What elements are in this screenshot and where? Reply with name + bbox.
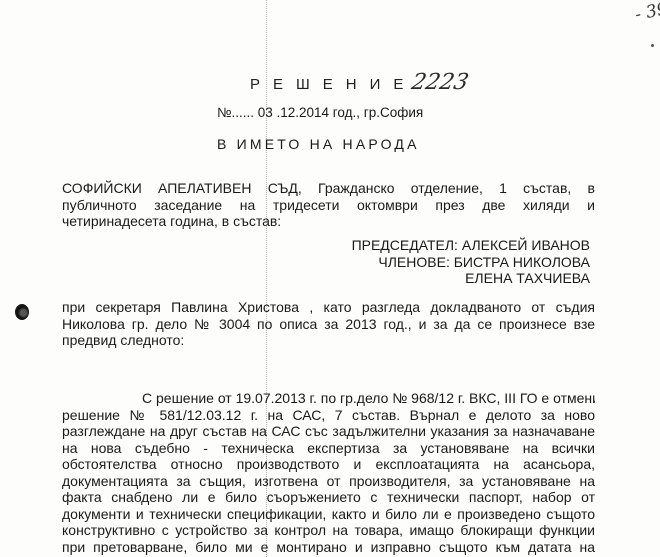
title-row: РЕШЕНИЕ 2223 — [250, 68, 468, 93]
court-intro-paragraph: СОФИЙСКИ АПЕЛАТИВЕН СЪД, Гражданско отде… — [62, 180, 595, 230]
text-line: факта снабдено ли е било съоръжението с … — [62, 489, 595, 506]
panel-member: ЧЛЕНОВЕ: БИСТРА НИКОЛОВА — [352, 254, 590, 271]
court-panel: ПРЕДСЕДАТЕЛ: АЛЕКСЕЙ ИВАНОВ ЧЛЕНОВЕ: БИС… — [352, 237, 590, 287]
secretary-paragraph: при секретаря Павлина Христова , като ра… — [62, 299, 595, 349]
text-line: СОФИЙСКИ АПЕЛАТИВЕН СЪД, Гражданско отде… — [62, 180, 595, 197]
text-line: четиринадесета година, в състав: — [62, 213, 595, 230]
text-line: на нова съдебно - техническа експертиза … — [62, 440, 595, 457]
body-paragraph: С решение от 19.07.2013 г. по гр.дело № … — [62, 390, 595, 557]
panel-chair: ПРЕДСЕДАТЕЛ: АЛЕКСЕЙ ИВАНОВ — [352, 237, 590, 254]
text-line: С решение от 19.07.2013 г. по гр.дело № … — [62, 390, 595, 407]
punch-hole-icon — [15, 304, 29, 320]
scanned-document-page: - 39 РЕШЕНИЕ 2223 №...... 03 .12.2014 го… — [0, 0, 660, 557]
panel-member: ЕЛЕНА ТАХЧИЕВА — [352, 270, 590, 287]
text-line: разглеждане на друг състав на САС със за… — [62, 423, 595, 440]
text-line: публичното заседание на тридесети октомв… — [62, 197, 595, 214]
text-line: конструктивно с устройство за контрол на… — [62, 522, 595, 539]
document-title: РЕШЕНИЕ — [250, 76, 416, 93]
text-line: обстоятелства относно производството и е… — [62, 456, 595, 473]
text-line: решение № 581/12.03.12 г. на САС, 7 съст… — [62, 407, 595, 424]
corner-dot — [651, 44, 654, 47]
text-line: предвид следното: — [62, 332, 595, 349]
decision-number-date: №...... 03 .12.2014 год., гр.София — [217, 105, 423, 120]
text-line: документи и технически спецификации, как… — [62, 506, 595, 523]
handwritten-page-number: - 39 — [633, 0, 660, 25]
handwritten-decision-number: 2223 — [410, 70, 471, 95]
text-line: Николова гр. дело № 3004 по описа за 201… — [62, 316, 595, 333]
in-the-name-of-the-people: В ИМЕТО НА НАРОДА — [217, 136, 420, 152]
text-line: при претоварване, било ми е монтирано и … — [62, 539, 595, 556]
text-line: при секретаря Павлина Христова , като ра… — [62, 299, 595, 316]
text-line: документацията за същия, изготвена от пр… — [62, 473, 595, 490]
